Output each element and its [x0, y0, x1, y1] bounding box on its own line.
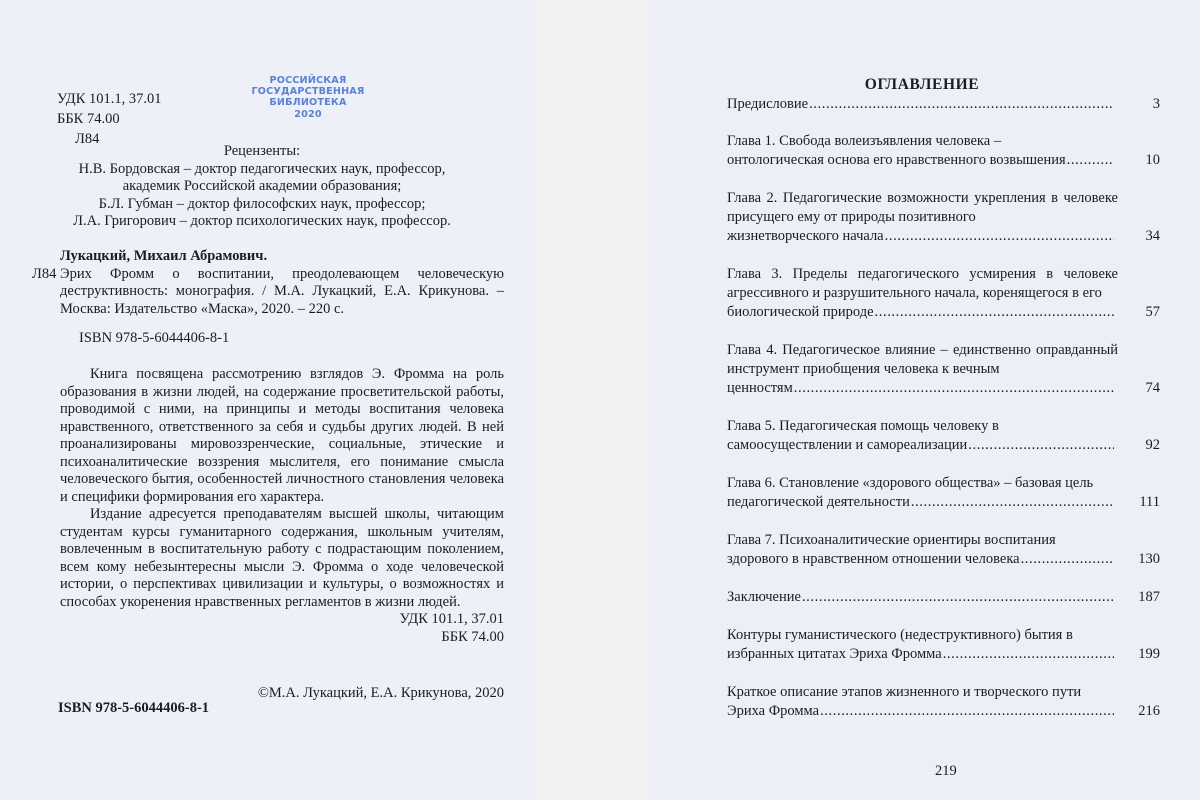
toc-entry-title: Глава 2. Педагогические возможности укре…	[727, 189, 1118, 227]
toc-entry-title-end: Заключение	[727, 588, 801, 607]
reviewers-heading: Рецензенты:	[52, 143, 472, 161]
library-stamp: РОССИЙСКАЯ ГОСУДАРСТВЕННАЯ БИБЛИОТЕКА 20…	[238, 75, 378, 120]
reviewers-block: Рецензенты: Н.В. Бордовская – доктор пед…	[52, 143, 472, 231]
udk-code: УДК 101.1, 37.01	[300, 611, 504, 629]
footer-classification: УДК 101.1, 37.01 ББК 74.00	[300, 611, 504, 646]
toc-page-number: 216	[1120, 702, 1160, 721]
dot-leader: ........................................…	[968, 436, 1114, 455]
stamp-line: ГОСУДАРСТВЕННАЯ	[238, 86, 378, 97]
toc-entry-leader-line: здорового в нравственном отношении челов…	[727, 550, 1118, 569]
isbn-bold: ISBN 978-5-6044406-8-1	[58, 700, 209, 717]
bbk-code: ББК 74.00	[300, 629, 504, 647]
left-page: УДК 101.1, 37.01 ББК 74.00 Л84 РОССИЙСКА…	[0, 0, 532, 800]
toc-entry-leader-line: Предисловие.............................…	[727, 95, 1118, 114]
author-mark: Л84	[32, 266, 56, 284]
toc-entry-title-end: онтологическая основа его нравственного …	[727, 151, 1066, 170]
reviewer-line: Б.Л. Губман – доктор философских наук, п…	[52, 196, 472, 214]
toc-entry-title: Глава 3. Пределы педагогического усмирен…	[727, 265, 1118, 303]
toc-entry-title: Глава 1. Свобода волеизъявления человека…	[727, 132, 1118, 151]
toc-entry-leader-line: онтологическая основа его нравственного …	[727, 151, 1118, 170]
bibliographic-record: Лукацкий, Михаил Абрамович. Л84 Эрих Фро…	[52, 248, 504, 348]
toc-page-number: 34	[1120, 227, 1160, 246]
description-text: Эрих Фромм о воспитании, преодолевающем …	[60, 266, 504, 317]
toc-page-number: 111	[1120, 493, 1160, 512]
toc-entry-leader-line: жизнетворческого начала.................…	[727, 227, 1118, 246]
toc-entry-title: Глава 4. Педагогическое влияние – единст…	[727, 341, 1118, 379]
table-of-contents: Предисловие.............................…	[727, 95, 1160, 721]
toc-entry-leader-line: педагогической деятельности.............…	[727, 493, 1118, 512]
reviewer-line: Л.А. Григорович – доктор психологических…	[52, 213, 472, 231]
toc-entry-leader-line: Эриха Фромма............................…	[727, 702, 1118, 721]
dot-leader: ........................................…	[809, 95, 1114, 114]
page-number: 219	[935, 763, 957, 780]
bbk-code: ББК 74.00	[57, 109, 162, 129]
toc-entry[interactable]: Предисловие.............................…	[727, 95, 1160, 114]
dot-leader: ........................................…	[885, 227, 1114, 246]
stamp-line: РОССИЙСКАЯ	[238, 75, 378, 86]
dot-leader: ........................................…	[875, 303, 1114, 322]
toc-page-number: 74	[1120, 379, 1160, 398]
toc-entry[interactable]: Глава 4. Педагогическое влияние – единст…	[727, 341, 1160, 398]
toc-entry-title: Глава 6. Становление «здорового общества…	[727, 474, 1118, 493]
toc-entry-title: Краткое описание этапов жизненного и тво…	[727, 683, 1118, 702]
classification-codes: УДК 101.1, 37.01 ББК 74.00 Л84	[57, 89, 162, 149]
bibliographic-description: Л84 Эрих Фромм о воспитании, преодолеваю…	[52, 266, 504, 319]
dot-leader: ........................................…	[820, 702, 1114, 721]
toc-page-number: 3	[1120, 95, 1160, 114]
dot-leader: ........................................…	[943, 645, 1114, 664]
toc-entry-title-end: самоосуществлении и самореализации	[727, 436, 967, 455]
toc-entry[interactable]: Глава 6. Становление «здорового общества…	[727, 474, 1160, 512]
toc-entry-title-end: избранных цитатах Эриха Фромма	[727, 645, 942, 664]
stamp-line: БИБЛИОТЕКА	[238, 97, 378, 108]
toc-entry-leader-line: Заключение..............................…	[727, 588, 1118, 607]
abstract-paragraph: Издание адресуется преподавателям высшей…	[60, 506, 504, 611]
dot-leader: ........................................…	[1021, 550, 1114, 569]
reviewer-line: академик Российской академии образования…	[52, 178, 472, 196]
toc-title: ОГЛАВЛЕНИЕ	[712, 76, 1132, 94]
udk-code: УДК 101.1, 37.01	[57, 89, 162, 109]
toc-entry-title-end: ценностям	[727, 379, 793, 398]
toc-entry-leader-line: биологической природе...................…	[727, 303, 1118, 322]
toc-page-number: 199	[1120, 645, 1160, 664]
toc-page-number: 130	[1120, 550, 1160, 569]
abstract-paragraph: Книга посвящена рассмотрению взглядов Э.…	[60, 366, 504, 506]
toc-entry-title: Глава 5. Педагогическая помощь человеку …	[727, 417, 1118, 436]
dot-leader: ........................................…	[1067, 151, 1114, 170]
toc-entry[interactable]: Глава 7. Психоаналитические ориентиры во…	[727, 531, 1160, 569]
toc-entry[interactable]: Заключение..............................…	[727, 588, 1160, 607]
toc-entry[interactable]: Контуры гуманистического (недеструктивно…	[727, 626, 1160, 664]
toc-entry-title-end: Предисловие	[727, 95, 808, 114]
toc-page-number: 10	[1120, 151, 1160, 170]
toc-entry-title-end: здорового в нравственном отношении челов…	[727, 550, 1020, 569]
toc-entry-title-end: Эриха Фромма	[727, 702, 819, 721]
toc-page-number: 92	[1120, 436, 1160, 455]
author-name: Лукацкий, Михаил Абрамович.	[52, 248, 504, 266]
toc-entry[interactable]: Краткое описание этапов жизненного и тво…	[727, 683, 1160, 721]
toc-entry[interactable]: Глава 5. Педагогическая помощь человеку …	[727, 417, 1160, 455]
toc-page-number: 187	[1120, 588, 1160, 607]
copyright: ©М.А. Лукацкий, Е.А. Крикунова, 2020	[240, 685, 504, 702]
isbn: ISBN 978-5-6044406-8-1	[52, 330, 504, 348]
toc-entry[interactable]: Глава 3. Пределы педагогического усмирен…	[727, 265, 1160, 322]
toc-entry-leader-line: самоосуществлении и самореализации......…	[727, 436, 1118, 455]
toc-entry[interactable]: Глава 2. Педагогические возможности укре…	[727, 189, 1160, 246]
toc-entry-title: Глава 7. Психоаналитические ориентиры во…	[727, 531, 1118, 550]
toc-entry-title-end: биологической природе	[727, 303, 874, 322]
dot-leader: ........................................…	[794, 379, 1114, 398]
toc-entry-title-end: жизнетворческого начала	[727, 227, 884, 246]
stamp-line: 2020	[238, 109, 378, 120]
toc-entry-leader-line: ценностям...............................…	[727, 379, 1118, 398]
toc-entry[interactable]: Глава 1. Свобода волеизъявления человека…	[727, 132, 1160, 170]
dot-leader: ........................................…	[802, 588, 1114, 607]
toc-entry-leader-line: избранных цитатах Эриха Фромма..........…	[727, 645, 1118, 664]
toc-entry-title-end: педагогической деятельности	[727, 493, 910, 512]
abstract: Книга посвящена рассмотрению взглядов Э.…	[60, 366, 504, 611]
reviewer-line: Н.В. Бордовская – доктор педагогических …	[52, 161, 472, 179]
toc-entry-title: Контуры гуманистического (недеструктивно…	[727, 626, 1118, 645]
dot-leader: ........................................…	[911, 493, 1114, 512]
toc-page-number: 57	[1120, 303, 1160, 322]
